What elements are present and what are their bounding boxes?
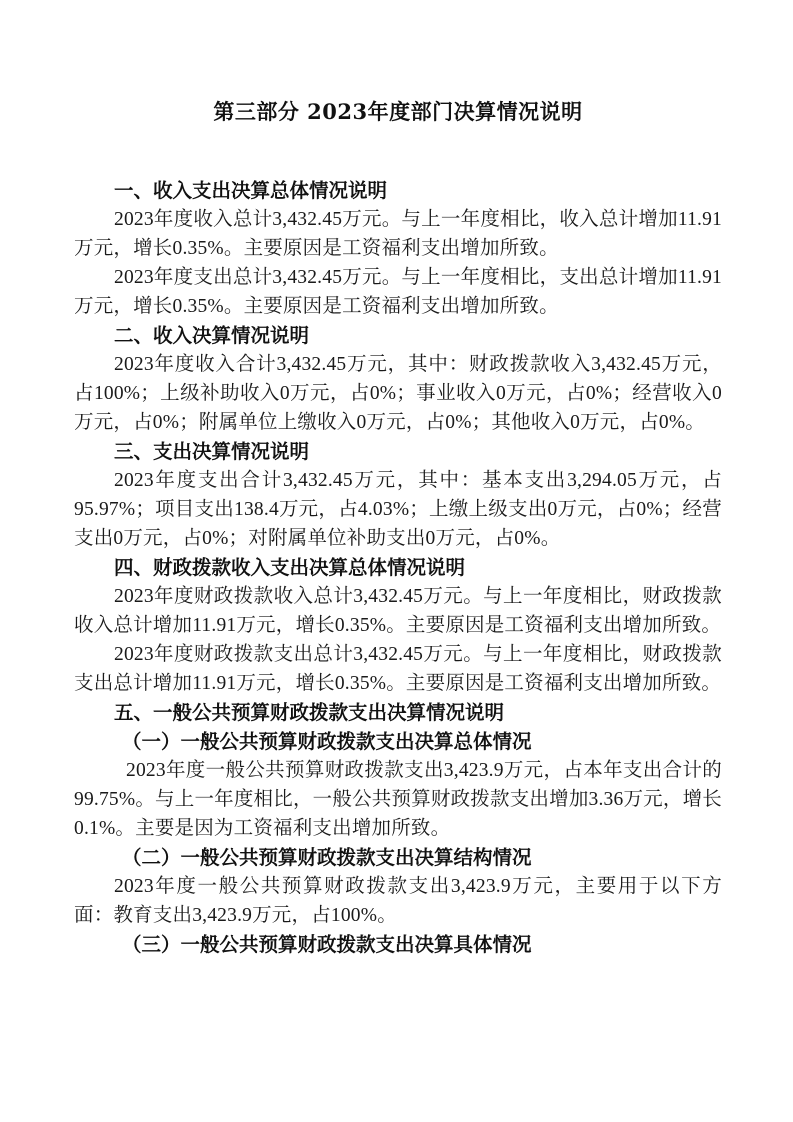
paragraph: 2023年度一般公共预算财政拨款支出3,423.9万元，主要用于以下方面：教育支… (74, 872, 722, 930)
subsection-heading: （一）一般公共预算财政拨款支出决算总体情况 (74, 727, 722, 756)
section-heading: 五、一般公共预算财政拨款支出决算情况说明 (74, 698, 722, 727)
section-heading: 二、收入决算情况说明 (74, 321, 722, 350)
subsection-heading: （二）一般公共预算财政拨款支出决算结构情况 (74, 843, 722, 872)
paragraph: 2023年度财政拨款收入总计3,432.45万元。与上一年度相比，财政拨款收入总… (74, 582, 722, 640)
paragraph: 2023年度财政拨款支出总计3,432.45万元。与上一年度相比，财政拨款支出总… (74, 640, 722, 698)
section-fiscal-appropriation-overview: 四、财政拨款收入支出决算总体情况说明 2023年度财政拨款收入总计3,432.4… (74, 553, 722, 698)
paragraph: 2023年度支出合计3,432.45万元，其中：基本支出3,294.05万元，占… (74, 466, 722, 553)
section-heading: 一、收入支出决算总体情况说明 (74, 176, 722, 205)
subsection-heading: （三）一般公共预算财政拨款支出决算具体情况 (74, 930, 722, 959)
paragraph: 2023年度收入总计3,432.45万元。与上一年度相比，收入总计增加11.91… (74, 205, 722, 263)
paragraph: 2023年度收入合计3,432.45万元，其中：财政拨款收入3,432.45万元… (74, 350, 722, 437)
section-expenditure-details: 三、支出决算情况说明 2023年度支出合计3,432.45万元，其中：基本支出3… (74, 437, 722, 553)
paragraph: 2023年度支出总计3,432.45万元。与上一年度相比，支出总计增加11.91… (74, 263, 722, 321)
paragraph: 2023年度一般公共预算财政拨款支出3,423.9万元，占本年支出合计的99.7… (74, 756, 722, 843)
document-body: 一、收入支出决算总体情况说明 2023年度收入总计3,432.45万元。与上一年… (74, 176, 722, 959)
section-income-details: 二、收入决算情况说明 2023年度收入合计3,432.45万元，其中：财政拨款收… (74, 321, 722, 437)
page-title: 第三部分 2023年度部门决算情况说明 (74, 96, 722, 126)
section-heading: 四、财政拨款收入支出决算总体情况说明 (74, 553, 722, 582)
section-income-expenditure-overview: 一、收入支出决算总体情况说明 2023年度收入总计3,432.45万元。与上一年… (74, 176, 722, 321)
section-general-public-budget: 五、一般公共预算财政拨款支出决算情况说明 （一）一般公共预算财政拨款支出决算总体… (74, 698, 722, 959)
section-heading: 三、支出决算情况说明 (74, 437, 722, 466)
